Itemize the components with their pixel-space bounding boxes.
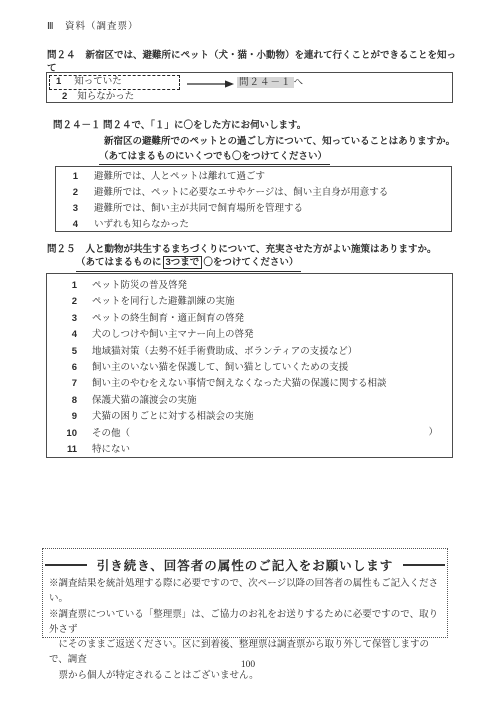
q25-heading: 問２５人と動物が共生するまちづくりについて、充実させた方がよい施策はありますか。 xyxy=(47,244,437,256)
option-label: いずれも知らなかった xyxy=(94,219,189,231)
option-label: 地域猫対策（去勢不妊手術費助成、ボランティアの支援など） xyxy=(92,346,357,358)
page-number: 100 xyxy=(0,660,496,670)
q24-label: 問２４ xyxy=(47,50,76,61)
option-number: 5 xyxy=(47,346,77,358)
q25-option-row: 9 犬猫の困りごとに対する相談会の実施 xyxy=(47,409,452,425)
q24-branch-note: 問２４－１へ xyxy=(237,77,304,89)
left-dash-line xyxy=(45,564,87,565)
option-number: 9 xyxy=(47,411,77,423)
q25-option-row: 2 ペットを同行した避難訓練の実施 xyxy=(47,294,452,310)
q25-instruction-underline: （あてはまるものに3つまで〇をつけてください） xyxy=(76,257,301,272)
q24-option-1-number: 1 xyxy=(56,76,61,88)
option-number: 1 xyxy=(47,280,77,292)
option-number: 10 xyxy=(47,428,77,440)
q25-option-row: 5 地域猫対策（去勢不妊手術費助成、ボランティアの支援など） xyxy=(47,344,452,360)
q25-instruction-boxed-limit: 3つまで xyxy=(163,256,203,269)
option-number: 2 xyxy=(56,187,78,199)
option-label: ペットを同行した避難訓練の実施 xyxy=(92,296,235,308)
q25-option-row-other: 10 その他（ ） xyxy=(47,426,452,442)
branch-arrow-icon xyxy=(186,79,234,89)
branch-target-highlight: 問２４－１ xyxy=(237,77,294,88)
option-number: 7 xyxy=(47,378,77,390)
notice-title-row: 引き続き、回答者の属性のご記入をお願いします xyxy=(43,556,447,574)
option-number: 11 xyxy=(47,444,77,456)
option-number: 1 xyxy=(56,171,78,183)
q25-option-row: 1 ペット防災の普及啓発 xyxy=(47,278,452,294)
option-label: ペットの終生飼育・適正飼育の啓発 xyxy=(92,313,244,325)
option-label: その他（ xyxy=(92,428,130,440)
option-number: 8 xyxy=(47,395,77,407)
notice-line: 票から個人が特定されることはございません。 xyxy=(49,669,441,684)
notice-title: 引き続き、回答者の属性のご記入をお願いします xyxy=(97,556,394,574)
q24-1-option-row: 3 避難所では、飼い主が共同で飼育場所を管理する xyxy=(56,201,451,217)
option-number: 4 xyxy=(47,329,77,341)
q24-1-instruction: （あてはまるものにいくつでも〇をつけてください） xyxy=(99,151,330,165)
option-label: ペット防災の普及啓発 xyxy=(92,280,187,292)
option-label: 避難所では、ペットに必要なエサやケージは、飼い主自身が用意する xyxy=(94,187,388,199)
q25-option-row: 7 飼い主のやむをえない事情で飼えなくなった犬猫の保護に関する相談 xyxy=(47,376,452,392)
option-label: 飼い主のやむをえない事情で飼えなくなった犬猫の保護に関する相談 xyxy=(92,378,387,390)
respondent-attributes-notice-box: 引き続き、回答者の属性のご記入をお願いします ※調査結果を統計処理する際に必要で… xyxy=(42,548,448,638)
other-closing-paren: ） xyxy=(428,427,438,439)
q24-1-option-row: 4 いずれも知らなかった xyxy=(56,217,451,233)
survey-document-page: Ⅲ 資料（調査票） 問２４新宿区では、避難所にペット（犬・猫・小動物）を連れて行… xyxy=(0,0,496,702)
q24-1-intro: 問２４で、「１」に〇をした方にお伺いします。 xyxy=(103,120,306,132)
option-label: 避難所では、人とペットは離れて過ごす xyxy=(94,171,265,183)
option-label: 特にない xyxy=(92,444,130,456)
option-label: 保護犬猫の譲渡会の実施 xyxy=(92,395,197,407)
q24-question-text1: 新宿区では、避難所にペット（犬・猫・小動物）を連れて行くことができることを知って xyxy=(47,50,456,74)
option-number: 3 xyxy=(47,313,77,325)
q25-option-row: 6 飼い主のいない猫を保護して、飼い猫としていくための支援 xyxy=(47,360,452,376)
q24-option-2-label: 知らなかった xyxy=(77,91,134,103)
q24-option-2-row: 2 知らなかった xyxy=(62,91,134,103)
option-label: 避難所では、飼い主が共同で飼育場所を管理する xyxy=(94,203,303,215)
notice-line: ※調査票についている「整理票」は、ご協力のお礼をお送りするために必要ですので、取… xyxy=(49,608,441,639)
q24-option-1-label: 知っていた xyxy=(74,76,122,88)
option-label: 犬猫の困りごとに対する相談会の実施 xyxy=(92,411,254,423)
q24-1-option-row: 1 避難所では、人とペットは離れて過ごす xyxy=(56,169,451,185)
q24-1-question: 新宿区の避難所でのペットとの過ごし方について、知っていることはありますか。 xyxy=(104,136,455,148)
q24-1-label: 問２４－１ xyxy=(53,120,101,132)
q25-instruction-suffix: 〇をつけてください） xyxy=(203,257,298,268)
q25-instruction-prefix: （あてはまるものに xyxy=(76,257,162,268)
q25-label: 問２５ xyxy=(47,244,76,255)
option-label: 犬のしつけや飼い主マナー向上の啓発 xyxy=(92,329,254,341)
notice-line: ※調査結果を統計処理する際に必要ですので、次ページ以降の回答者の属性もご記入くだ… xyxy=(49,577,441,608)
option-number: 3 xyxy=(56,203,78,215)
option-number: 4 xyxy=(56,219,78,231)
q25-instruction: （あてはまるものに3つまで〇をつけてください） xyxy=(76,257,301,272)
section-header: Ⅲ 資料（調査票） xyxy=(47,21,139,33)
right-dash-line xyxy=(403,564,445,565)
q24-1-options-box: 1 避難所では、人とペットは離れて過ごす 2 避難所では、ペットに必要なエサやケ… xyxy=(55,166,452,232)
option-label: 飼い主のいない猫を保護して、飼い猫としていくための支援 xyxy=(92,362,348,374)
q25-option-row: 8 保護犬猫の譲渡会の実施 xyxy=(47,393,452,409)
q25-options-box: 1 ペット防災の普及啓発 2 ペットを同行した避難訓練の実施 3 ペットの終生飼… xyxy=(46,273,453,458)
q24-option-2-number: 2 xyxy=(62,91,67,103)
option-number: 6 xyxy=(47,362,77,374)
q25-option-row: 4 犬のしつけや飼い主マナー向上の啓発 xyxy=(47,327,452,343)
q24-answer-box: 1 知っていた 問２４－１へ 2 知らなかった xyxy=(46,72,453,103)
option-number: 2 xyxy=(47,296,77,308)
branch-suffix: へ xyxy=(294,77,305,88)
q24-1-option-row: 2 避難所では、ペットに必要なエサやケージは、飼い主自身が用意する xyxy=(56,185,451,201)
q25-question-text: 人と動物が共生するまちづくりについて、充実させた方がよい施策はありますか。 xyxy=(86,244,437,255)
q24-option-1-dashed-emphasis-box: 1 知っていた xyxy=(49,75,180,90)
q25-option-row: 3 ペットの終生飼育・適正飼育の啓発 xyxy=(47,311,452,327)
q25-option-row: 11 特にない xyxy=(47,442,452,458)
